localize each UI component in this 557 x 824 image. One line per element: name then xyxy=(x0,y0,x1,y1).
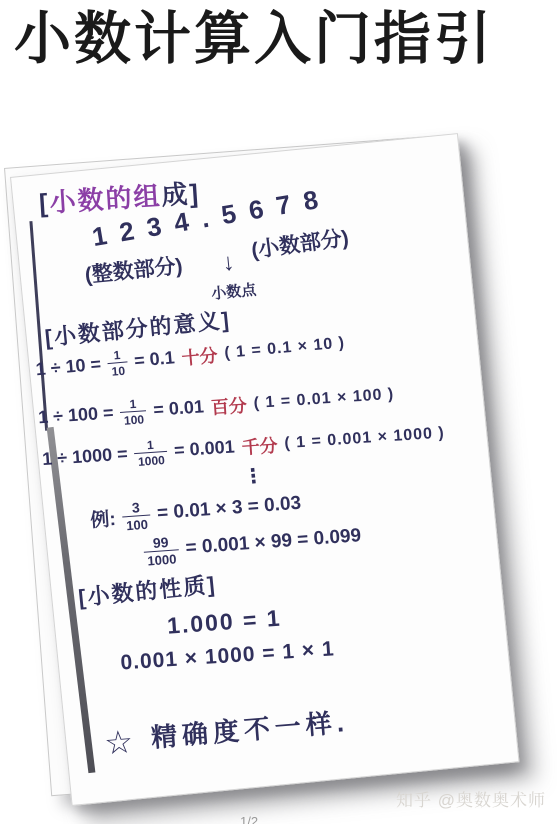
inverse-note: ( 1 = 0.1 × 10 ) xyxy=(224,334,346,362)
star-icon: ☆ xyxy=(103,723,134,761)
note-paper: [小数的组成] 1 2 3 4 . 5 6 7 8 (整数部分) ↓ (小数部分… xyxy=(10,133,520,806)
vertical-ellipsis: ⋮ xyxy=(242,463,264,490)
decimal-part-label: (小数部分) xyxy=(249,222,350,265)
property-line: 0.001 × 1000 = 1 × 1 xyxy=(120,637,336,675)
meaning-row: 1 ÷ 100 = 1100 = 0.01 百分 ( 1 = 0.01 × 10… xyxy=(37,381,395,432)
decimal-result: = 0.1 xyxy=(133,348,175,372)
fraction: 110 xyxy=(107,348,129,377)
remark-text: 精确度不一样. xyxy=(150,707,350,753)
fraction: 1100 xyxy=(120,397,148,426)
watermark: 知乎 @奥数奥术师 xyxy=(396,786,546,811)
remark-row: ☆ 精确度不一样. xyxy=(103,702,351,763)
decimal-result: = 0.001 xyxy=(174,437,236,462)
unit-tag: 百分 xyxy=(210,391,248,419)
example-label: 例: xyxy=(89,504,116,533)
decimal-result: = 0.01 xyxy=(153,397,205,421)
division-expression: 1 ÷ 10 = xyxy=(35,354,102,381)
inverse-note: ( 1 = 0.001 × 1000 ) xyxy=(284,424,445,453)
page-title: 小数计算入门指引 xyxy=(14,4,494,75)
fraction: 11000 xyxy=(134,438,168,468)
down-arrow-icon: ↓ xyxy=(221,249,236,278)
division-expression: 1 ÷ 1000 = xyxy=(42,444,129,471)
unit-tag: 千分 xyxy=(241,431,279,459)
division-expression: 1 ÷ 100 = xyxy=(38,403,115,429)
integer-part-label: (整数部分) xyxy=(83,250,183,289)
fraction: 3100 xyxy=(122,500,152,532)
section-property-heading: [小数的性质] xyxy=(77,568,218,612)
decimal-point-label: 小数点 xyxy=(210,279,257,304)
example-result: = 0.001 × 99 = 0.099 xyxy=(185,525,362,560)
inverse-note: ( 1 = 0.01 × 100 ) xyxy=(253,386,395,413)
example-result: = 0.01 × 3 = 0.03 xyxy=(156,493,301,525)
property-line: 1.000 = 1 xyxy=(166,605,282,640)
page-indicator: 1/2 xyxy=(240,814,258,824)
fraction: 991000 xyxy=(143,534,180,567)
unit-tag: 十分 xyxy=(180,341,218,370)
